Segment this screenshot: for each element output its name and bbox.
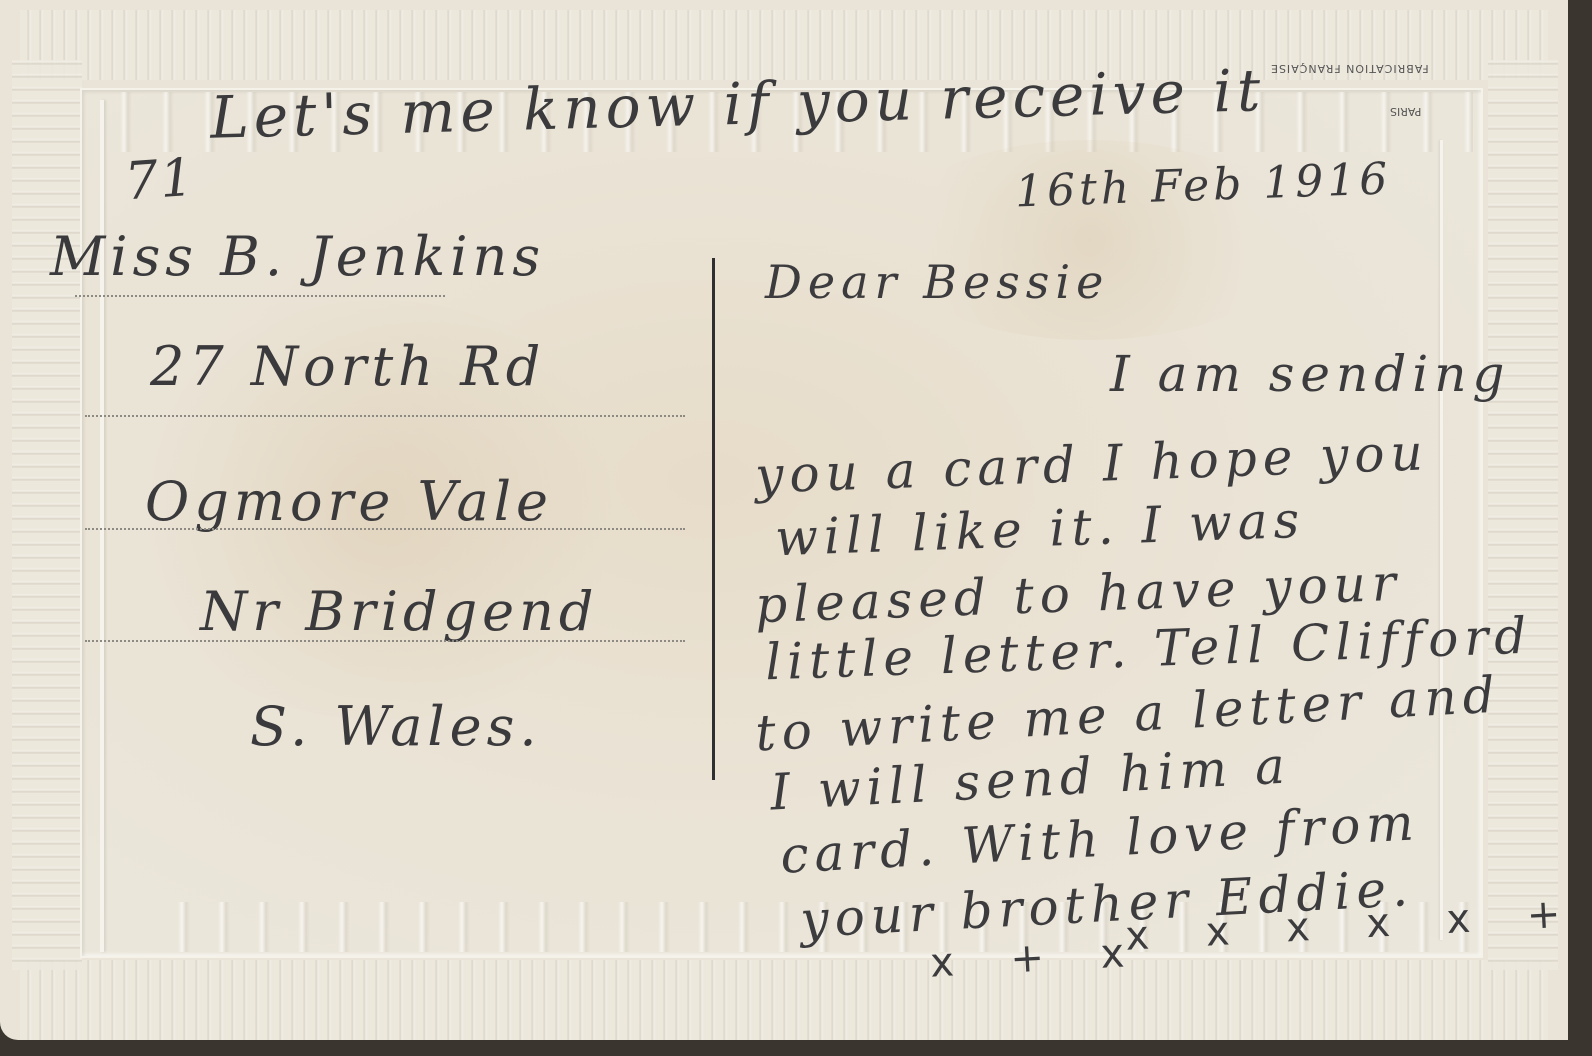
postcard: FABRICATION FRANÇAISE PARIS Let's me kno… <box>0 0 1568 1040</box>
kisses-row: x + x <box>929 929 1147 986</box>
publisher-mark: FABRICATION FRANÇAISE <box>1270 62 1429 75</box>
address-line-town: Ogmore Vale <box>145 470 553 533</box>
publisher-mark-city: PARIS <box>1390 105 1421 118</box>
address-rule <box>75 295 445 297</box>
message-line: you a card I hope you <box>754 423 1429 504</box>
address-message-divider <box>712 258 715 780</box>
message-line: I am sending <box>1110 345 1510 403</box>
address-line-region: S. Wales. <box>250 695 542 758</box>
address-line-locality: Nr Bridgend <box>200 580 598 643</box>
message-line: will like it. I was <box>774 491 1306 567</box>
address-rule <box>85 640 685 642</box>
address-rule <box>85 528 685 530</box>
address-line-name: Miss B. Jenkins <box>50 225 545 288</box>
salutation: Dear Bessie <box>765 255 1109 309</box>
message-block: Dear Bessie I am sending you a card I ho… <box>745 245 1568 1005</box>
reference-number: 71 <box>123 148 197 213</box>
address-block: Miss B. Jenkins 27 North Rd Ogmore Vale … <box>50 225 700 805</box>
address-rule <box>85 415 685 417</box>
address-line-street: 27 North Rd <box>150 335 545 398</box>
